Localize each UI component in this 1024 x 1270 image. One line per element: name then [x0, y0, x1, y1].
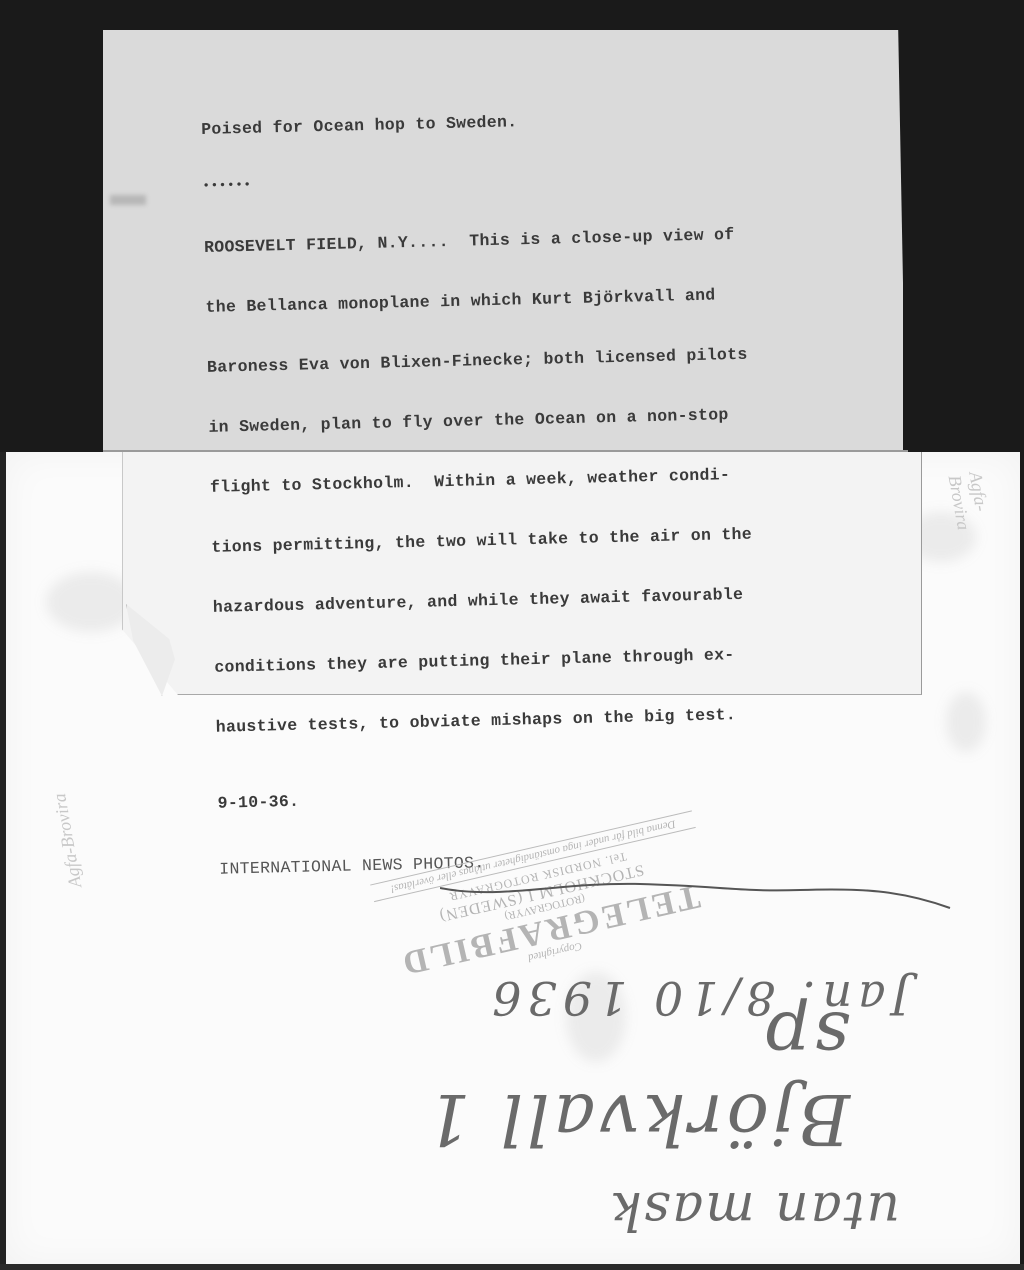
handwriting-line: Jan. 8/10 1936: [486, 971, 910, 1025]
caption-title: Poised for Ocean hop to Sweden.: [201, 103, 891, 140]
caption-line: the Bellanca monoplane in which Kurt Bjö…: [205, 281, 895, 318]
caption-line: haustive tests, to obviate mishaps on th…: [216, 701, 906, 738]
caption-line: in Sweden, plan to fly over the Ocean on…: [208, 401, 898, 438]
caption-line: hazardous adventure, and while they awai…: [213, 581, 903, 618]
pencil-handwriting: utan mask Björkvall 1 sp Jan. 8/10 1936: [370, 930, 970, 1270]
caption-line: flight to Stockholm. Within a week, weat…: [210, 461, 900, 498]
caption-line: Baroness Eva von Blixen-Finecke; both li…: [207, 341, 897, 378]
ink-smudge: [110, 195, 146, 205]
caption-line: ROOSEVELT FIELD, N.Y.... This is a close…: [204, 221, 894, 258]
handwriting-line: utan mask: [608, 1180, 900, 1240]
caption-line: tions permitting, the two will take to t…: [211, 521, 901, 558]
caption-separator: ••••••: [202, 163, 892, 192]
caption-line: conditions they are putting their plane …: [214, 641, 904, 678]
pencil-strike-line: [440, 880, 960, 910]
scan-edge-left: [0, 452, 6, 1270]
